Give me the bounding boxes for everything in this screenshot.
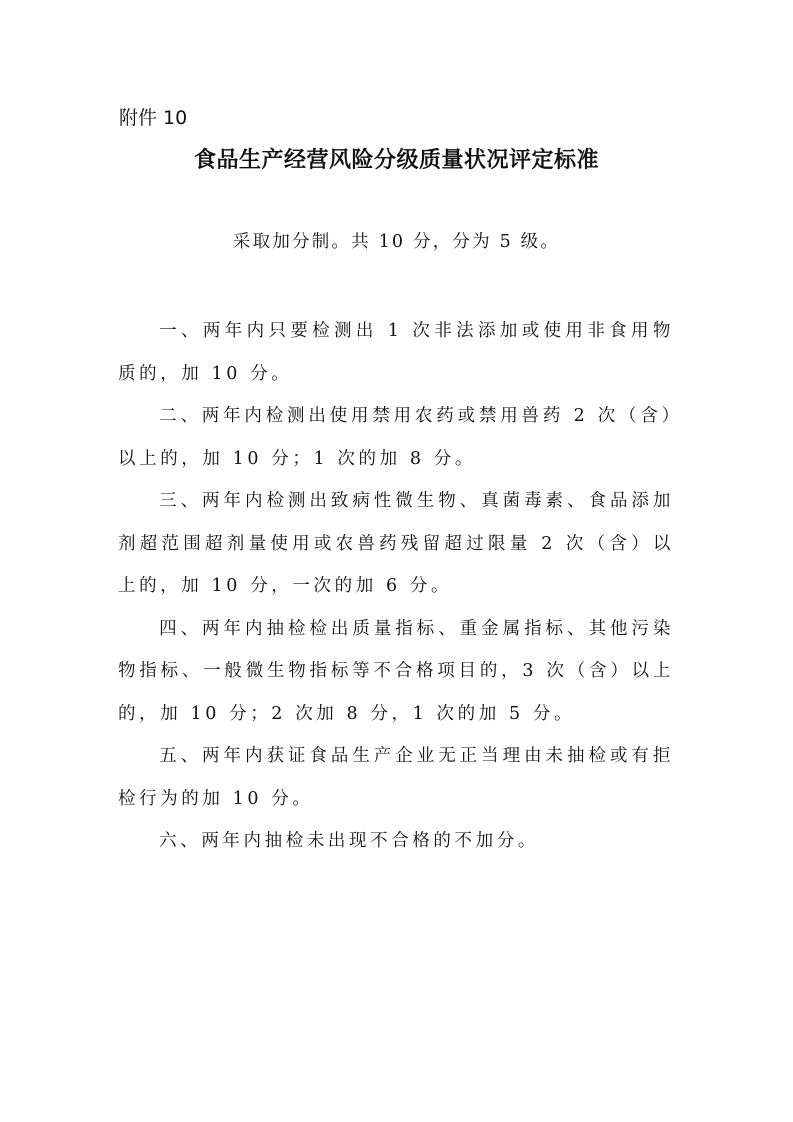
attachment-label: 附件 10 <box>119 103 187 130</box>
document-title: 食品生产经营风险分级质量状况评定标准 <box>0 143 793 174</box>
criterion-paragraph-3: 三、两年内检测出致病性微生物、真菌毒素、食品添加剂超范围超剂量使用或农兽药残留超… <box>118 480 674 608</box>
intro-text: 采取加分制。共 10 分，分为 5 级。 <box>0 228 793 253</box>
document-body: 一、两年内只要检测出 1 次非法添加或使用非食用物质的，加 10 分。 二、两年… <box>118 310 674 863</box>
criterion-paragraph-4: 四、两年内抽检检出质量指标、重金属指标、其他污染物指标、一般微生物指标等不合格项… <box>118 608 674 736</box>
criterion-paragraph-5: 五、两年内获证食品生产企业无正当理由未抽检或有拒检行为的加 10 分。 <box>118 735 674 820</box>
criterion-paragraph-6: 六、两年内抽检未出现不合格的不加分。 <box>118 820 674 863</box>
criterion-paragraph-2: 二、两年内检测出使用禁用农药或禁用兽药 2 次（含）以上的，加 10 分；1 次… <box>118 395 674 480</box>
criterion-paragraph-1: 一、两年内只要检测出 1 次非法添加或使用非食用物质的，加 10 分。 <box>118 310 674 395</box>
document-page: 附件 10 食品生产经营风险分级质量状况评定标准 采取加分制。共 10 分，分为… <box>0 0 793 1122</box>
